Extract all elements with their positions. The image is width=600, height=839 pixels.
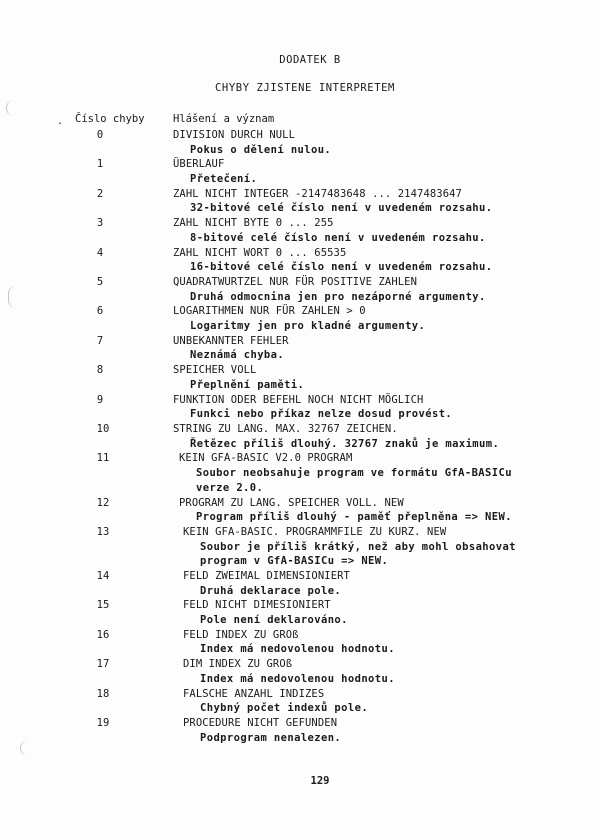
section-title: CHYBY ZJISTENE INTERPRETEM [0,82,600,94]
error-message: KEIN GFA-BASIC. PROGRAMMFILE ZU KURZ. NE… [183,525,446,540]
error-description: Chybný počet indexů pole. [200,701,368,716]
error-code: 5 [85,275,115,290]
error-message: ÜBERLAUF [173,157,224,172]
error-code: 2 [85,187,115,202]
error-code: 11 [88,451,118,466]
appendix-title: DODATEK B [0,54,600,66]
error-code: 19 [88,716,118,731]
error-message: UNBEKANNTER FEHLER [173,334,289,349]
error-description: Druhá deklarace pole. [200,584,341,599]
error-description: Druhá odmocnina jen pro nezáporné argume… [190,290,486,305]
error-description: program v GfA-BASICu => NEW. [200,554,388,569]
error-message: KEIN GFA-BASIC V2.0 PROGRAM [179,451,352,466]
error-message: PROCEDURE NICHT GEFUNDEN [183,716,337,731]
error-message: FELD ZWEIMAL DIMENSIONIERT [183,569,350,584]
binder-hole-mark [20,740,29,756]
error-description: Soubor neobsahuje program ve formátu GfA… [196,466,512,481]
error-message: LOGARITHMEN NUR FÜR ZAHLEN > 0 [173,304,366,319]
error-description: Přetečení. [190,172,257,187]
error-code: 12 [88,496,118,511]
error-message: ZAHL NICHT WORT 0 ... 65535 [173,246,346,261]
error-description: 16-bitové celé číslo není v uvedeném roz… [190,260,492,275]
error-message: QUADRATWURTZEL NUR FÜR POSITIVE ZAHLEN [173,275,417,290]
error-message: STRING ZU LANG. MAX. 32767 ZEICHEN. [173,422,398,437]
column-header-message: Hlášení a význam [173,113,274,125]
page-number: 129 [300,775,340,787]
error-description: Řetězec příliš dlouhý. 32767 znaků je ma… [190,437,499,452]
error-message: ZAHL NICHT BYTE 0 ... 255 [173,216,334,231]
error-code: 0 [85,128,115,143]
error-message: FUNKTION ODER BEFEHL NOCH NICHT MÖGLICH [173,393,423,408]
column-header-number: Číslo chyby [75,113,145,125]
error-code: 15 [88,598,118,613]
error-message: FELD INDEX ZU GROß [183,628,299,643]
error-code: 16 [88,628,118,643]
error-code: 8 [85,363,115,378]
error-message: DIVISION DURCH NULL [173,128,295,143]
error-description: Index má nedovolenou hodnotu. [200,642,395,657]
error-description: Funkci nebo příkaz nelze dosud provést. [190,407,452,422]
error-code: 9 [85,393,115,408]
error-message: DIM INDEX ZU GROß [183,657,292,672]
error-message: SPEICHER VOLL [173,363,256,378]
error-description: Logaritmy jen pro kladné argumenty. [190,319,425,334]
error-message: PROGRAM ZU LANG. SPEICHER VOLL. NEW [179,496,404,511]
binder-hole-mark [6,100,15,116]
error-description: verze 2.0. [196,481,263,496]
error-message: ZAHL NICHT INTEGER -2147483648 ... 21474… [173,187,462,202]
error-description: 8-bitové celé číslo není v uvedeném rozs… [190,231,486,246]
error-code: 18 [88,687,118,702]
binder-hole-mark [8,286,17,308]
error-description: Pole není deklarováno. [200,613,348,628]
error-code: 7 [85,334,115,349]
error-message: FELD NICHT DIMESIONIERT [183,598,331,613]
error-description: Podprogram nenalezen. [200,731,341,746]
error-description: Pokus o dělení nulou. [190,143,331,158]
error-description: Přeplnění paměti. [190,378,304,393]
document-page: DODATEK B CHYBY ZJISTENE INTERPRETEM . Č… [0,0,600,839]
error-description: Neznámá chyba. [190,348,284,363]
error-code: 6 [85,304,115,319]
error-message: FALSCHE ANZAHL INDIZES [183,687,324,702]
error-code: 10 [88,422,118,437]
error-description: Soubor je příliš krátký, než aby mohl ob… [200,540,516,555]
error-code: 3 [85,216,115,231]
error-code: 4 [85,246,115,261]
error-code: 14 [88,569,118,584]
bullet-dot: . [57,116,63,127]
error-description: 32-bitové celé číslo není v uvedeném roz… [190,201,492,216]
error-code: 13 [88,525,118,540]
error-code: 1 [85,157,115,172]
error-description: Program příliš dlouhý - paměť přeplněna … [196,510,512,525]
error-description: Index má nedovolenou hodnotu. [200,672,395,687]
error-code: 17 [88,657,118,672]
